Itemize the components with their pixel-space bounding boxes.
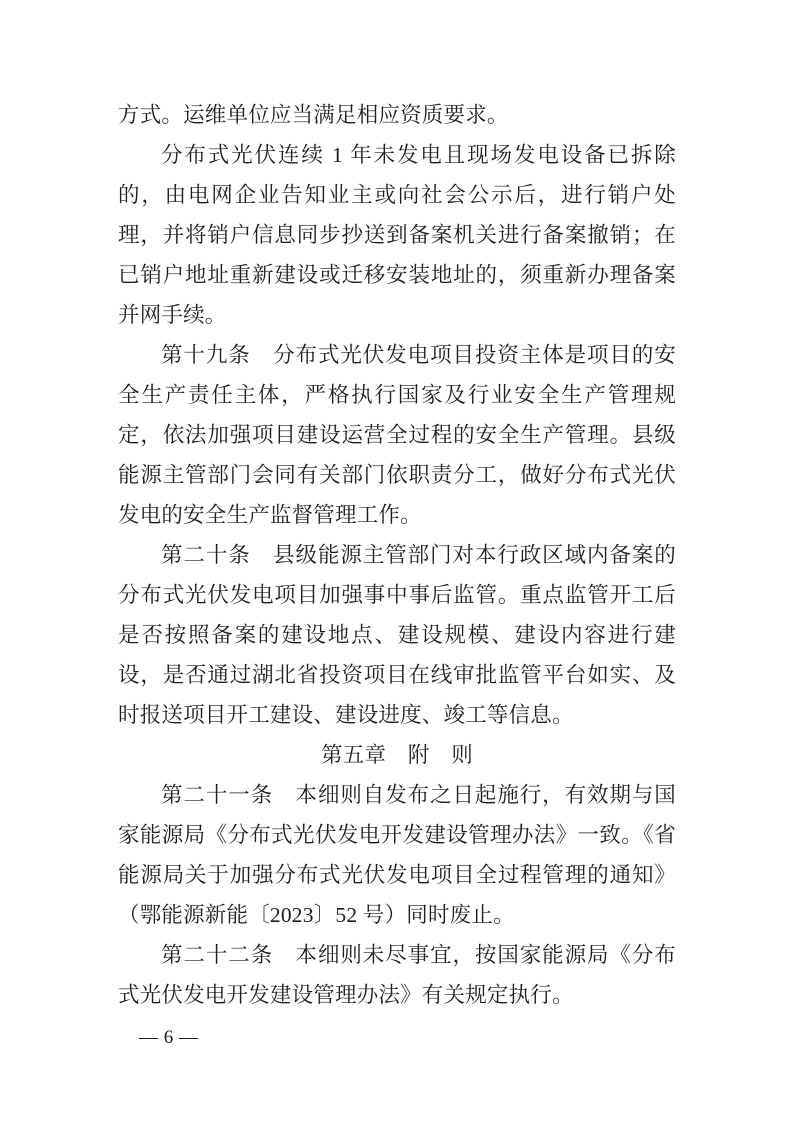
- paragraph-article-21: 第二十一条 本细则自发布之日起施行，有效期与国家能源局《分布式光伏发电开发建设管…: [118, 775, 676, 935]
- chapter-heading: 第五章 附 则: [118, 735, 676, 775]
- paragraph-article-22: 第二十二条 本细则未尽事宜，按国家能源局《分布式光伏发电开发建设管理办法》有关规…: [118, 935, 676, 1015]
- document-page: 方式。运维单位应当满足相应资质要求。 分布式光伏连续 1 年未发电且现场发电设备…: [0, 0, 793, 1122]
- paragraph-article-20: 第二十条 县级能源主管部门对本行政区域内备案的分布式光伏发电项目加强事中事后监管…: [118, 535, 676, 735]
- document-body: 方式。运维单位应当满足相应资质要求。 分布式光伏连续 1 年未发电且现场发电设备…: [118, 95, 676, 1015]
- paragraph-article-19: 第十九条 分布式光伏发电项目投资主体是项目的安全生产责任主体，严格执行国家及行业…: [118, 335, 676, 535]
- paragraph-decommission-rule: 分布式光伏连续 1 年未发电且现场发电设备已拆除的，由电网企业告知业主或向社会公…: [118, 135, 676, 335]
- paragraph-continuation: 方式。运维单位应当满足相应资质要求。: [118, 95, 676, 135]
- page-number: — 6 —: [139, 1027, 199, 1049]
